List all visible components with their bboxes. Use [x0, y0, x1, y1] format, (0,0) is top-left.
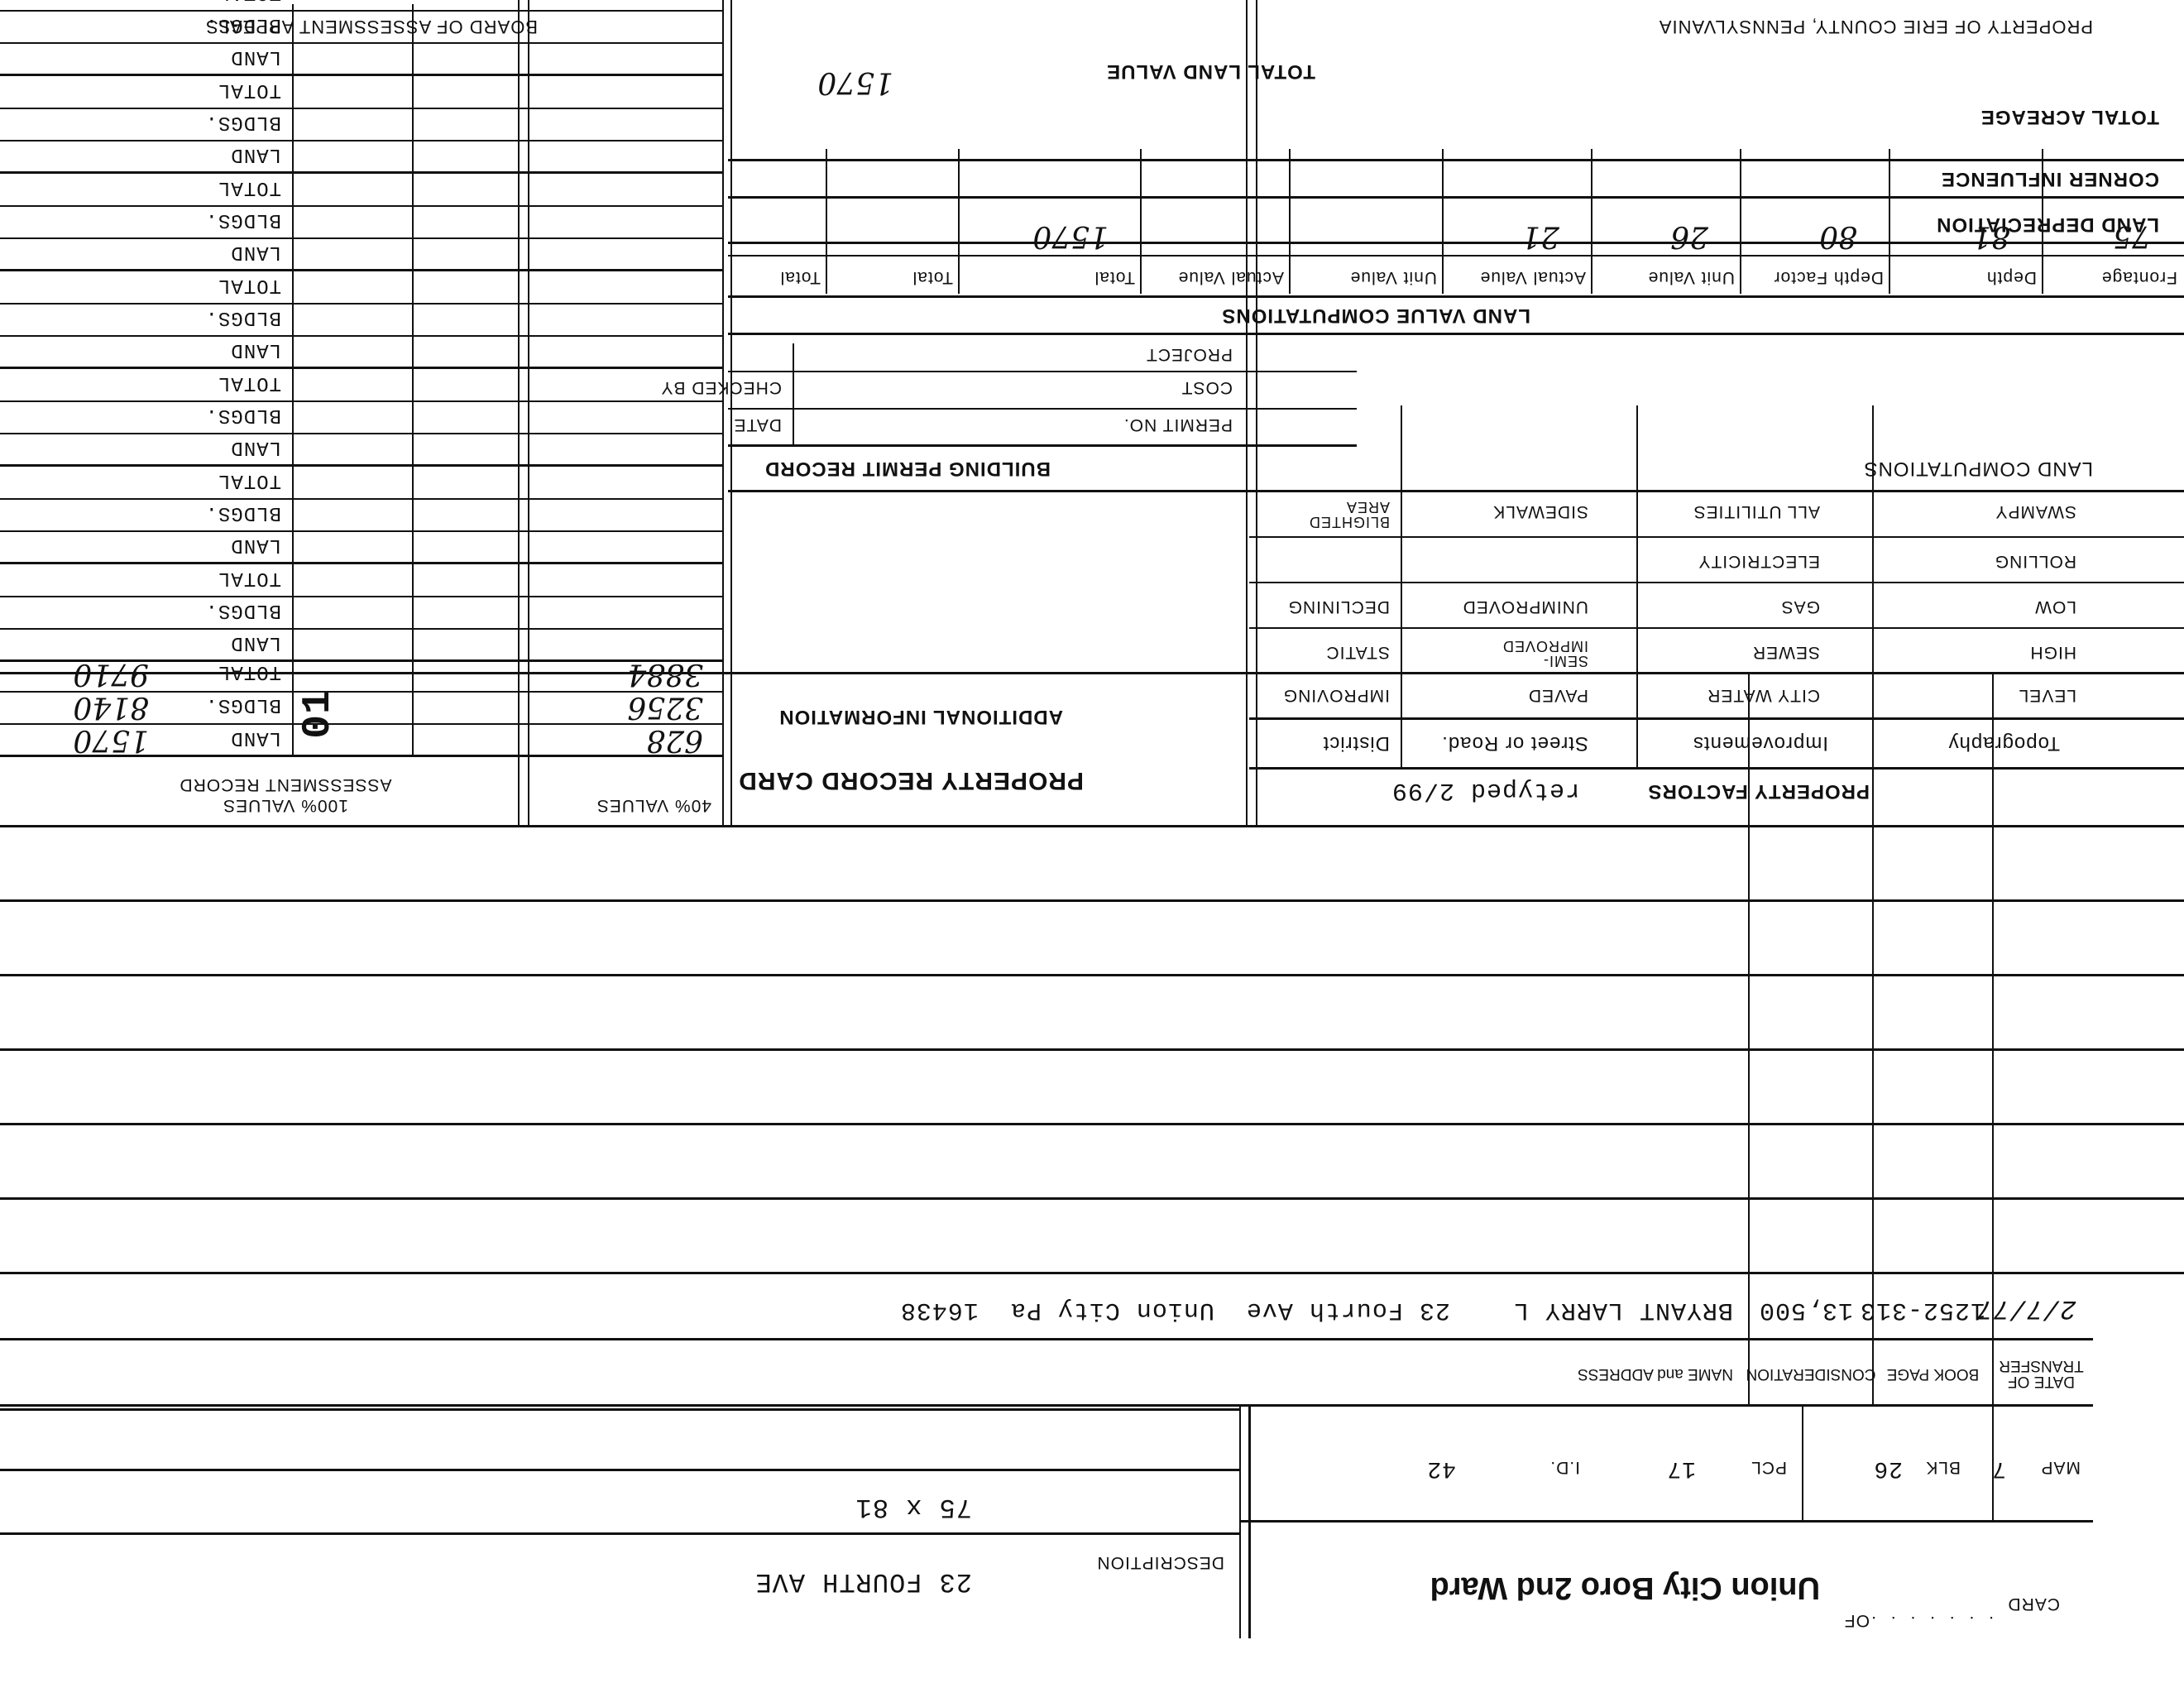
- rule: [0, 74, 724, 76]
- rule: [0, 1123, 2184, 1125]
- row-label: TOTAL: [218, 176, 281, 199]
- rule: [0, 691, 724, 693]
- row-label: TOTAL: [218, 372, 281, 394]
- rule: [1289, 149, 1291, 294]
- property-record-card: CARD . . . . . . . OF Union City Boro 2n…: [0, 0, 2184, 1688]
- rule: [1889, 149, 1890, 294]
- rule: [0, 1404, 2093, 1407]
- rule: [0, 562, 724, 564]
- owner-line: PROPERTY OF ERIE COUNTY, PENNSYLVANIA: [1659, 16, 2093, 37]
- row-label: BLDGS.: [205, 306, 281, 328]
- rule: [0, 108, 724, 109]
- rule: [0, 400, 724, 402]
- lvc-col-header: Depth: [1986, 267, 2037, 287]
- factor-low: LOW: [2034, 597, 2076, 616]
- rule: [0, 530, 724, 532]
- factor-high: HIGH: [2030, 642, 2077, 662]
- row-label: LAND: [230, 241, 281, 263]
- lvc-cell: 80: [1819, 219, 1857, 253]
- rule: [0, 42, 724, 44]
- rule: [728, 295, 2184, 298]
- transfer-bookpage: 1252-313: [1860, 1296, 1985, 1324]
- row-label: LAND: [230, 338, 281, 361]
- factor-declining: DECLINING: [1288, 597, 1390, 616]
- rule: [0, 1532, 1241, 1535]
- factor-sewer: SEWER: [1752, 642, 1820, 662]
- row-label-land: LAND: [230, 727, 281, 749]
- rule: [0, 140, 724, 141]
- rule: [0, 464, 724, 467]
- rule: [412, 4, 414, 757]
- rule: [0, 825, 2184, 827]
- row-label-bldgs: BLDGS.: [205, 693, 281, 716]
- transfer-consideration: 13,500: [1759, 1296, 1853, 1324]
- factor-static: STATIC: [1325, 642, 1390, 662]
- rule: [1591, 149, 1592, 294]
- of-label: OF: [1844, 1610, 1870, 1630]
- corner-influence-label: CORNER INFLUENCE: [1941, 167, 2159, 190]
- rule: [1256, 0, 1257, 827]
- rule: [1442, 149, 1444, 294]
- rule: [1740, 149, 1741, 294]
- rule: [1249, 767, 2184, 770]
- factor-gas: GAS: [1781, 597, 1820, 616]
- lvc-col-header: Unit Value: [1648, 267, 1735, 287]
- description-line-2: 75 x 81: [855, 1492, 972, 1523]
- rule: [2042, 149, 2043, 294]
- row-label: TOTAL: [218, 79, 281, 101]
- rule: [0, 10, 724, 12]
- value-40-total: 3884: [627, 657, 703, 691]
- transfer-date: 2/7/77: [1976, 1293, 2076, 1324]
- transfer-name-header: NAME and ADDRESS: [1485, 1345, 1733, 1403]
- rule: [0, 433, 724, 434]
- factor-col-topography: Topography: [1948, 731, 2060, 755]
- rule: [1249, 582, 2184, 583]
- description-divider: [1248, 1407, 1251, 1638]
- pcl-label: PCL: [1751, 1457, 1787, 1477]
- assessment-year: 01: [296, 689, 341, 739]
- lvc-col-header: Actual Value: [1480, 267, 1586, 287]
- row-label: TOTAL: [218, 0, 281, 3]
- row-label: BLDGS.: [205, 404, 281, 426]
- row-label: TOTAL: [218, 469, 281, 492]
- rule: [728, 196, 2184, 199]
- factor-level: LEVEL: [2019, 685, 2076, 705]
- transfer-name-address: BRYANT LARRY L 23 Fourth Ave Union City …: [900, 1296, 1733, 1324]
- building-permit-title: BUILDING PERMIT RECORD: [764, 457, 1051, 480]
- card-dots: . . . . . . .: [1866, 1612, 1994, 1632]
- factor-rolling: ROLLING: [1995, 551, 2076, 571]
- rule: [826, 149, 827, 294]
- row-label: LAND: [230, 143, 281, 165]
- property-factors-note: retyped 2/99: [1391, 776, 1580, 804]
- rule: [1636, 405, 1638, 770]
- rule: [793, 343, 794, 447]
- rule: [0, 237, 724, 239]
- rule: [0, 303, 724, 305]
- municipality: Union City Boro 2nd Ward: [1430, 1570, 1820, 1605]
- lvc-cell: 75: [2113, 219, 2151, 253]
- permit-no-label: PERMIT NO.: [1123, 415, 1233, 434]
- rule: [730, 0, 732, 827]
- rule: [0, 1048, 2184, 1051]
- lvc-cell: 81: [1972, 219, 2010, 253]
- lvc-col-header: Total: [780, 267, 821, 287]
- rule: [1249, 717, 2184, 720]
- permit-project-label: PROJECT: [1146, 344, 1233, 364]
- rule: [1241, 1520, 2093, 1523]
- lvc-col-header: Depth Factor: [1774, 267, 1884, 287]
- rule: [0, 723, 724, 725]
- permit-checked-by-label: CHECKED BY: [660, 377, 782, 397]
- lvc-col-header: Total: [912, 267, 953, 287]
- values-40-label: 40% VALUES: [596, 795, 711, 815]
- map-label: MAP: [2040, 1457, 2081, 1477]
- rule: [0, 1408, 1241, 1411]
- factor-unimproved: UNIMPROVED: [1463, 597, 1588, 616]
- value-40-bldgs: 3256: [627, 690, 703, 724]
- pcl-value: 17: [1666, 1455, 1696, 1481]
- permit-date-label: DATE: [734, 415, 782, 434]
- lvc-cell: 1570: [1032, 219, 1109, 253]
- blk-value: 26: [1873, 1455, 1903, 1481]
- transfer-date-header: DATE OF TRANSFER: [1994, 1345, 2089, 1403]
- rule: [1249, 490, 2184, 492]
- rule: [1802, 1407, 1803, 1523]
- rule: [728, 242, 2184, 244]
- factor-sidewalk: SIDEWALK: [1492, 501, 1588, 521]
- land-value-computations-title: LAND VALUE COMPUTATIONS: [1221, 304, 1530, 327]
- lvc-cell: 21: [1521, 219, 1559, 253]
- factor-paved: PAVED: [1528, 685, 1588, 705]
- row-label: LAND: [230, 534, 281, 556]
- lvc-col-header: Actual Value: [1178, 267, 1284, 287]
- factor-semi-improved: SEMI-IMPROVED: [1464, 639, 1588, 669]
- lvc-col-header: Unit Value: [1350, 267, 1437, 287]
- value-100-land: 1570: [73, 723, 149, 757]
- row-label: BLDGS.: [205, 501, 281, 524]
- rule: [728, 255, 2184, 257]
- value-40-land: 628: [646, 723, 703, 757]
- description-line-1: 23 FOURTH AVE: [754, 1566, 972, 1597]
- rule: [0, 974, 2184, 976]
- land-computations-title: LAND COMPUTATIONS: [1864, 457, 2093, 480]
- total-acreage-label: TOTAL ACREAGE: [1980, 105, 2159, 128]
- factor-electricity: ELECTRICITY: [1698, 551, 1820, 571]
- rule: [0, 498, 724, 500]
- rule: [722, 0, 724, 827]
- description-label: DESCRIPTION: [1096, 1552, 1224, 1572]
- lvc-col-header: Frontage: [2101, 267, 2177, 287]
- row-label-total: TOTAL: [218, 660, 281, 683]
- id-value: 42: [1426, 1455, 1456, 1481]
- rule: [728, 371, 1357, 372]
- transfer-consideration-header: CONSIDERATION: [1750, 1345, 1872, 1403]
- property-factors-title: PROPERTY FACTORS: [1648, 779, 1870, 803]
- map-value: 7: [1991, 1455, 2006, 1481]
- rule: [0, 269, 724, 271]
- values-100-label: 100% VALUES: [99, 795, 472, 815]
- factor-col-district: District: [1323, 731, 1390, 755]
- row-label: LAND: [230, 436, 281, 458]
- row-label: BLDGS.: [205, 209, 281, 231]
- blk-label: BLK: [1925, 1457, 1961, 1477]
- rule: [0, 628, 724, 630]
- rule: [1246, 0, 1248, 827]
- factor-swampy: SWAMPY: [1995, 501, 2076, 521]
- rule: [1140, 149, 1142, 294]
- row-label: TOTAL: [218, 274, 281, 296]
- permit-cost-label: COST: [1181, 377, 1233, 397]
- rule: [0, 596, 724, 597]
- row-label: LAND: [230, 631, 281, 654]
- id-label: I.D.: [1549, 1457, 1580, 1477]
- row-label: BLDGS.: [205, 13, 281, 36]
- rule: [728, 490, 1357, 492]
- lvc-cell: 26: [1670, 219, 1708, 253]
- rule: [0, 1469, 1241, 1471]
- additional-info-label: ADDITIONAL INFORMATION: [778, 705, 1063, 728]
- rule: [0, 659, 724, 662]
- rule: [0, 1197, 2184, 1200]
- value-100-total: 9710: [73, 657, 149, 691]
- rule: [0, 171, 724, 174]
- rule: [728, 159, 2184, 161]
- rule: [0, 367, 724, 369]
- row-label: BLDGS.: [205, 599, 281, 621]
- rule: [1249, 627, 2184, 629]
- card-label: CARD: [2007, 1594, 2060, 1614]
- record-card-title: PROPERTY RECORD CARD: [738, 766, 1084, 794]
- total-land-value: 1570: [817, 65, 893, 99]
- factor-col-improvements: Improvements: [1693, 731, 1828, 755]
- rule: [1249, 536, 2184, 538]
- lvc-col-header: Total: [1094, 267, 1135, 287]
- factor-improving: IMPROVING: [1283, 685, 1390, 705]
- rule: [0, 1338, 2093, 1340]
- rule: [958, 149, 960, 294]
- row-label: BLDGS.: [205, 111, 281, 133]
- factor-col-street: Street or Road.: [1441, 731, 1588, 755]
- rule: [728, 333, 2184, 335]
- value-100-bldgs: 8140: [73, 690, 149, 724]
- rule: [0, 1272, 2184, 1274]
- factor-blighted-area: BLIGHTED AREA: [1274, 500, 1390, 530]
- assessment-record-label: ASSESSMENT RECORD: [99, 774, 472, 794]
- rule: [518, 0, 520, 827]
- transfer-bookpage-header: BOOK PAGE: [1874, 1345, 1992, 1403]
- total-land-value-label: TOTAL LAND VALUE: [1106, 60, 1315, 83]
- rule: [728, 408, 1357, 410]
- rule: [728, 444, 1357, 447]
- factor-all-utilities: ALL UTILITIES: [1693, 501, 1820, 521]
- row-label: TOTAL: [218, 567, 281, 589]
- rule: [0, 899, 2184, 902]
- rule: [1249, 673, 2184, 674]
- factor-city-water: CITY WATER: [1707, 685, 1820, 705]
- rule: [292, 4, 294, 757]
- rule: [0, 335, 724, 337]
- rule: [1401, 405, 1402, 770]
- rule: [0, 205, 724, 207]
- rule: [528, 0, 529, 827]
- description-divider-inner: [1239, 1407, 1241, 1638]
- row-label: LAND: [230, 46, 281, 68]
